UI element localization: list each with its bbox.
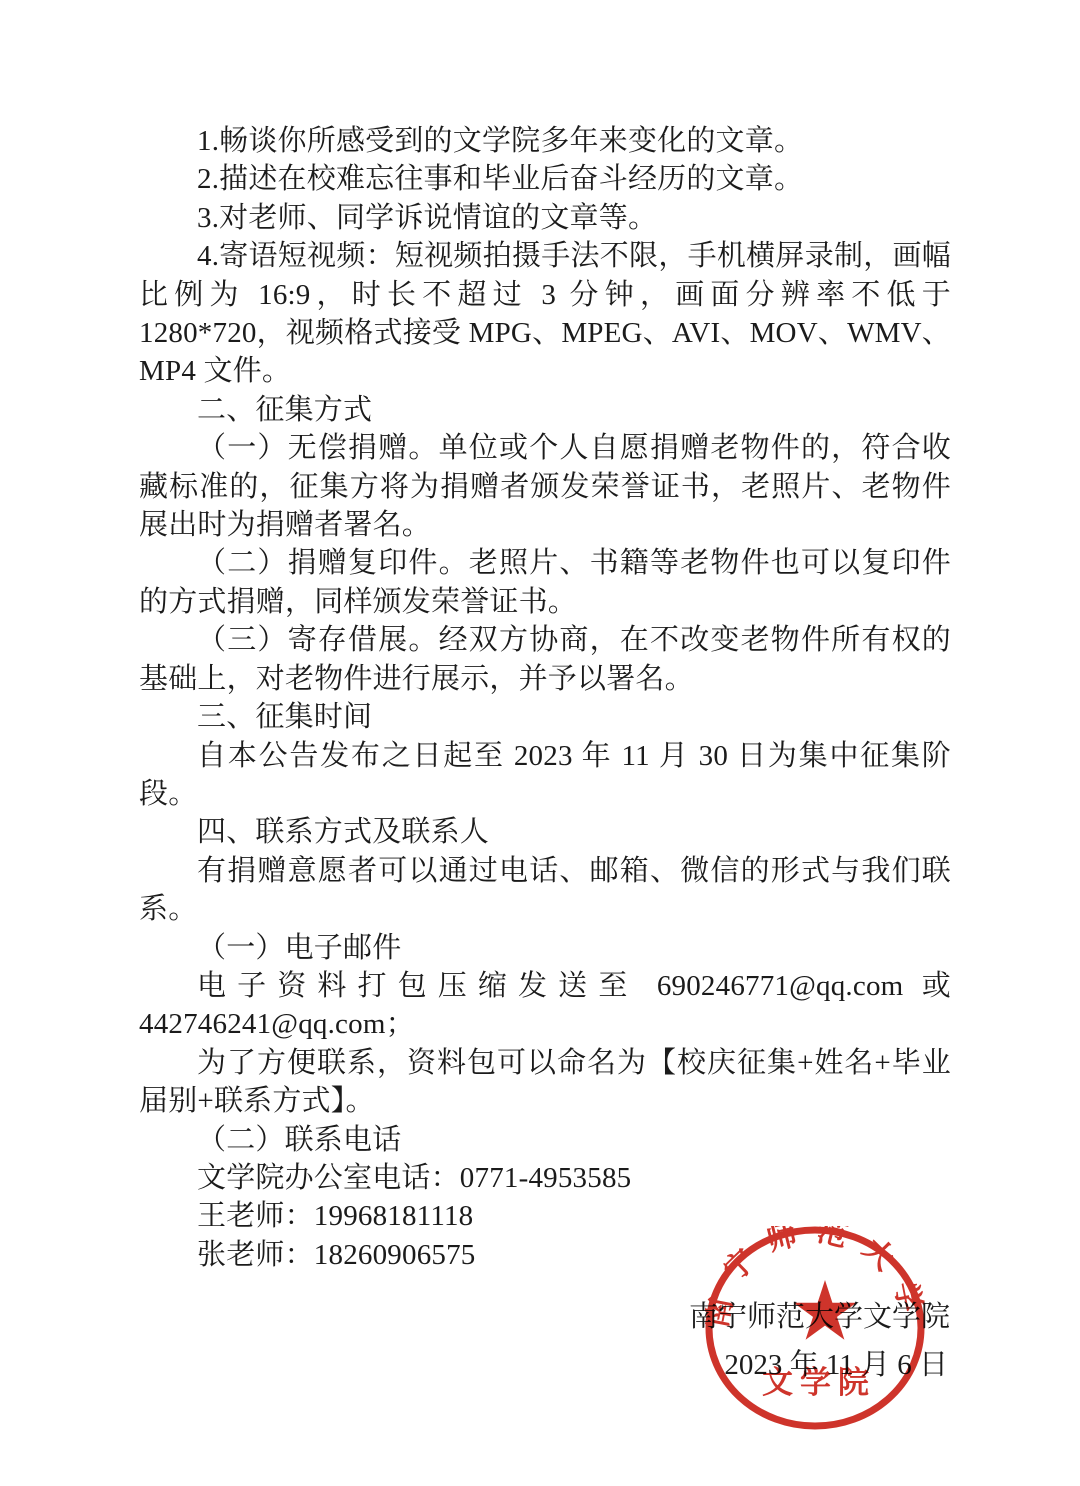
body-paragraph: 4.寄语短视频：短视频拍摄手法不限，手机横屏录制，画幅比例为 16:9，时长不超… [139,237,951,391]
body-paragraph: 电子资料打包压缩发送至 690246771@qq.com 或 442746241… [139,967,951,1044]
body-paragraph: 文学院办公室电话：0771-4953585 [139,1159,951,1197]
body-paragraph: 3.对老师、同学诉说情谊的文章等。 [139,199,951,237]
body-paragraph: （二）捐赠复印件。老照片、书籍等老物件也可以复印件的方式捐赠，同样颁发荣誉证书。 [139,544,951,621]
signature-organization: 南宁师范大学文学院 [689,1298,950,1336]
signature-date: 2023 年 11 月 6 日 [724,1346,948,1384]
body-paragraph: （一）无偿捐赠。单位或个人自愿捐赠老物件的，符合收藏标准的，征集方将为捐赠者颁发… [139,429,951,544]
body-paragraph: 为了方便联系，资料包可以命名为【校庆征集+姓名+毕业届别+联系方式】。 [139,1044,951,1121]
body-paragraph: 王老师：19968181118 [139,1197,951,1235]
section-heading: 二、征集方式 [139,391,951,429]
section-heading: 三、征集时间 [139,698,951,736]
subsection-heading: （一）电子邮件 [139,929,951,967]
body-paragraph: 自本公告发布之日起至 2023 年 11 月 30 日为集中征集阶段。 [139,737,951,814]
body-paragraph: 张老师：18260906575 [139,1236,951,1274]
document-page: 1.畅谈你所感受到的文学院多年来变化的文章。 2.描述在校难忘往事和毕业后奋斗经… [0,0,1080,1486]
section-heading: 四、联系方式及联系人 [139,813,951,851]
body-paragraph: 有捐赠意愿者可以通过电话、邮箱、微信的形式与我们联系。 [139,852,951,929]
document-body: 1.畅谈你所感受到的文学院多年来变化的文章。 2.描述在校难忘往事和毕业后奋斗经… [139,122,951,1274]
body-paragraph: （三）寄存借展。经双方协商，在不改变老物件所有权的基础上，对老物件进行展示，并予… [139,621,951,698]
body-paragraph: 2.描述在校难忘往事和毕业后奋斗经历的文章。 [139,160,951,198]
subsection-heading: （二）联系电话 [139,1121,951,1159]
body-paragraph: 1.畅谈你所感受到的文学院多年来变化的文章。 [139,122,951,160]
